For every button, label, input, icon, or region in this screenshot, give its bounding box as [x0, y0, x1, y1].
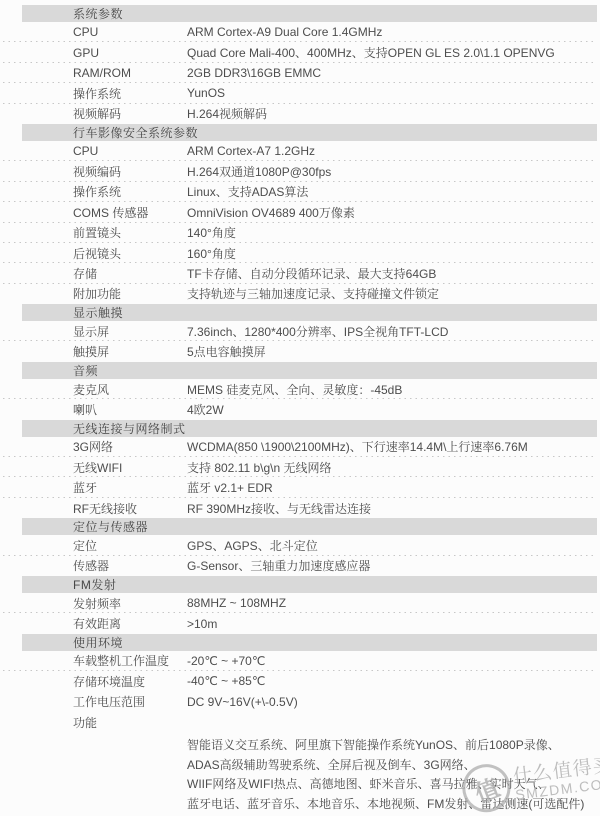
section-header: 显示触摸: [22, 304, 597, 321]
spec-value: GPS、AGPS、北斗定位: [187, 537, 597, 554]
section-header: 无线连接与网络制式: [22, 420, 597, 437]
spec-sheet: 系统参数CPUARM Cortex-A9 Dual Core 1.4GMHzGP…: [0, 0, 600, 816]
spec-row: 发射频率88MHZ ~ 108MHZ: [22, 593, 597, 613]
spec-row: 存储TF卡存储、自动分段循环记录、最大支持64GB: [22, 263, 597, 283]
spec-label: 车载整机工作温度: [22, 652, 187, 669]
spec-value: 支持 802.11 b\g\n 无线网络: [187, 459, 597, 476]
section-header: 系统参数: [22, 5, 597, 22]
spec-label: 功能: [22, 714, 187, 731]
spec-label: 传感器: [22, 557, 187, 574]
spec-row: 传感器G-Sensor、三轴重力加速度感应器: [22, 556, 597, 576]
spec-row: 无线WIFI支持 802.11 b\g\n 无线网络: [22, 457, 597, 477]
feature-line: 智能语义交互系统、阿里旗下智能操作系统YunOS、前后1080P录像、: [187, 736, 597, 756]
spec-value: -40℃ ~ +85℃: [187, 674, 597, 688]
spec-row: 麦克风MEMS 硅麦克风、全向、灵敏度：-45dB: [22, 379, 597, 399]
spec-row: 3G网络WCDMA(850 \1900\2100MHz)、下行速率14.4M\上…: [22, 437, 597, 457]
spec-label: 存储环境温度: [22, 673, 187, 690]
spec-row: 有效距离>10m: [22, 613, 597, 633]
spec-value: TF卡存储、自动分段循环记录、最大支持64GB: [187, 265, 597, 282]
spec-label: COMS 传感器: [22, 204, 187, 221]
spec-value: Linux、支持ADAS算法: [187, 183, 597, 200]
spec-label: 存储: [22, 265, 187, 282]
spec-label: 喇叭: [22, 401, 187, 418]
spec-row: 喇叭4欧2W: [22, 399, 597, 419]
spec-label: 显示屏: [22, 323, 187, 340]
spec-label: 前置镜头: [22, 224, 187, 241]
spec-row: GPUQuad Core Mali-400、400MHz、支持OPEN GL E…: [22, 42, 597, 62]
spec-value: 140°角度: [187, 224, 597, 241]
spec-row: 显示屏7.36inch、1280*400分辨率、IPS全视角TFT-LCD: [22, 321, 597, 341]
spec-row: RAM/ROM2GB DDR3\16GB EMMC: [22, 63, 597, 83]
spec-value: ARM Cortex-A7 1.2GHz: [187, 144, 597, 158]
spec-label: 视频解码: [22, 105, 187, 122]
spec-value: 支持轨迹与三轴加速度记录、支持碰撞文件锁定: [187, 285, 597, 302]
spec-label: 操作系统: [22, 85, 187, 102]
spec-label: 附加功能: [22, 285, 187, 302]
spec-row: 后视镜头160°角度: [22, 243, 597, 263]
spec-value: ARM Cortex-A9 Dual Core 1.4GMHz: [187, 25, 597, 39]
feature-paragraph: 智能语义交互系统、阿里旗下智能操作系统YunOS、前后1080P录像、ADAS高…: [187, 736, 597, 814]
spec-label: 无线WIFI: [22, 459, 187, 476]
section-header: 行车影像安全系统参数: [22, 124, 597, 141]
feature-line: ADAS高级辅助驾驶系统、全屏后视及倒车、3G网络、: [187, 756, 597, 776]
spec-value: 88MHZ ~ 108MHZ: [187, 596, 597, 610]
spec-value: G-Sensor、三轴重力加速度感应器: [187, 557, 597, 574]
spec-value: 5点电容触摸屏: [187, 343, 597, 360]
spec-value: OmniVision OV4689 400万像素: [187, 204, 597, 221]
spec-label: 有效距离: [22, 615, 187, 632]
spec-label: 定位: [22, 537, 187, 554]
spec-value: 7.36inch、1280*400分辨率、IPS全视角TFT-LCD: [187, 323, 597, 340]
spec-value: 160°角度: [187, 245, 597, 262]
spec-row: 视频编码H.264双通道1080P@30fps: [22, 161, 597, 181]
spec-table: 系统参数CPUARM Cortex-A9 Dual Core 1.4GMHzGP…: [22, 5, 597, 814]
spec-label: RF无线接收: [22, 500, 187, 517]
spec-value: 蓝牙 v2.1+ EDR: [187, 479, 597, 496]
spec-row: 操作系统Linux、支持ADAS算法: [22, 182, 597, 202]
spec-value: DC 9V~16V(+\-0.5V): [187, 695, 597, 709]
spec-label: 3G网络: [22, 438, 187, 455]
spec-label: 视频编码: [22, 163, 187, 180]
spec-label: CPU: [22, 25, 187, 39]
spec-row: 定位GPS、AGPS、北斗定位: [22, 535, 597, 555]
spec-value: RF 390MHz接收、与无线雷达连接: [187, 500, 597, 517]
spec-row: 功能: [22, 712, 597, 732]
spec-row: 工作电压范围DC 9V~16V(+\-0.5V): [22, 692, 597, 712]
spec-label: 触摸屏: [22, 343, 187, 360]
spec-value: H.264视频解码: [187, 105, 597, 122]
spec-value: 4欧2W: [187, 401, 597, 418]
spec-value: >10m: [187, 617, 597, 631]
spec-label: 发射频率: [22, 595, 187, 612]
section-header: FM发射: [22, 576, 597, 593]
spec-row: RF无线接收RF 390MHz接收、与无线雷达连接: [22, 498, 597, 518]
spec-row: 触摸屏5点电容触摸屏: [22, 341, 597, 361]
section-header: 使用环境: [22, 634, 597, 651]
spec-label: CPU: [22, 144, 187, 158]
spec-row: 视频解码H.264视频解码: [22, 104, 597, 124]
spec-label: 操作系统: [22, 183, 187, 200]
spec-row: CPUARM Cortex-A9 Dual Core 1.4GMHz: [22, 22, 597, 42]
spec-value: -20℃ ~ +70℃: [187, 654, 597, 668]
spec-row: CPUARM Cortex-A7 1.2GHz: [22, 141, 597, 161]
spec-row: 蓝牙蓝牙 v2.1+ EDR: [22, 477, 597, 497]
spec-row: 附加功能支持轨迹与三轴加速度记录、支持碰撞文件锁定: [22, 284, 597, 304]
spec-label: 后视镜头: [22, 245, 187, 262]
spec-row: 操作系统YunOS: [22, 83, 597, 103]
spec-row: 存储环境温度-40℃ ~ +85℃: [22, 671, 597, 691]
spec-row: 前置镜头140°角度: [22, 223, 597, 243]
feature-line: 蓝牙电话、蓝牙音乐、本地音乐、本地视频、FM发射、雷达测速(可选配件): [187, 795, 597, 815]
spec-label: 麦克风: [22, 381, 187, 398]
spec-row: COMS 传感器OmniVision OV4689 400万像素: [22, 202, 597, 222]
spec-label: 蓝牙: [22, 479, 187, 496]
spec-row: 车载整机工作温度-20℃ ~ +70℃: [22, 651, 597, 671]
section-header: 定位与传感器: [22, 518, 597, 535]
spec-label: RAM/ROM: [22, 66, 187, 80]
spec-value: 2GB DDR3\16GB EMMC: [187, 66, 597, 80]
feature-line: WIIF网络及WIFI热点、高德地图、虾米音乐、喜马拉雅、实时天气、: [187, 775, 597, 795]
spec-label: 工作电压范围: [22, 693, 187, 710]
section-header: 音频: [22, 362, 597, 379]
spec-value: H.264双通道1080P@30fps: [187, 163, 597, 180]
spec-value: YunOS: [187, 86, 597, 100]
spec-label: GPU: [22, 46, 187, 60]
spec-value: MEMS 硅麦克风、全向、灵敏度：-45dB: [187, 381, 597, 398]
spec-value: Quad Core Mali-400、400MHz、支持OPEN GL ES 2…: [187, 44, 597, 61]
spec-value: WCDMA(850 \1900\2100MHz)、下行速率14.4M\上行速率6…: [187, 438, 597, 455]
